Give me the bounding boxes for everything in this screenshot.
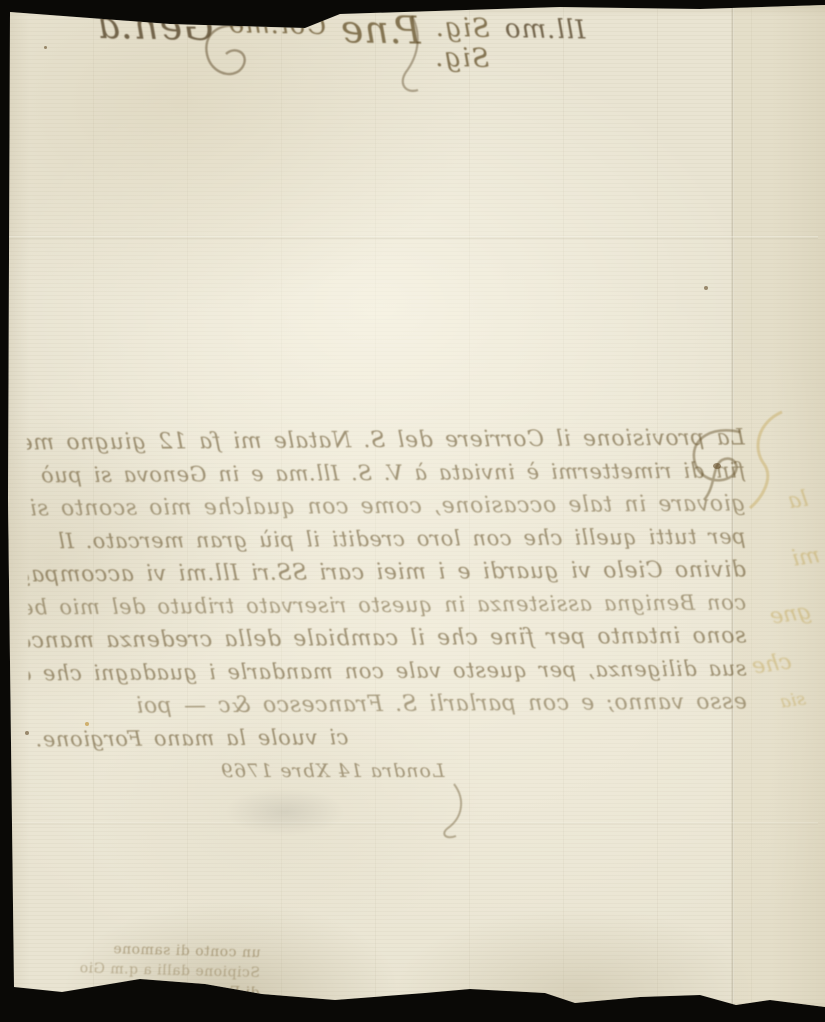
address-fragment: Gen.a xyxy=(96,3,214,49)
address-descender-flourish-icon xyxy=(392,12,428,98)
dateline-flourish-icon xyxy=(432,782,472,840)
body-line: sua diligenza, per questo vale con manda… xyxy=(28,652,746,690)
body-line: fin di rimettermi è inviata à V. S. Ill.… xyxy=(27,454,745,492)
body-line: giovare in tale occasione, come con qual… xyxy=(27,487,745,525)
margin-fragment: sia xyxy=(779,688,807,712)
body-line: sono intanto per fine che il cambiale de… xyxy=(28,619,746,657)
body-line: per tutti quelli che con loro crediti il… xyxy=(28,520,746,558)
margin-fragment: mi xyxy=(790,543,821,572)
body-line: La provisione il Corriere del S. Natale … xyxy=(27,421,745,459)
horizontal-crease xyxy=(8,236,818,239)
body-text-block: La provisione il Corriere del S. Natale … xyxy=(27,421,747,756)
margin-flourish-icon xyxy=(742,408,794,512)
closing-line: ci vuole la mano Forgione. xyxy=(29,718,747,756)
pencil-smudge xyxy=(225,788,345,836)
body-line: esso vanno; e con parlarli S. Francesco … xyxy=(29,685,747,723)
margin-fragment: la xyxy=(786,487,809,515)
body-line: divino Cielo vi guardi e i miei cari SS.… xyxy=(28,553,746,591)
address-fragment: Sig. Sig. xyxy=(434,13,490,74)
dateline: Londra 14 Xbre 1769 xyxy=(28,760,746,782)
corner-annotation: un conto di samone Scipione dalli a q.m … xyxy=(21,937,260,1003)
address-flourish-loop-icon xyxy=(198,20,254,84)
address-fragment: Ill.mo xyxy=(504,14,586,45)
ink-speck xyxy=(25,731,29,735)
horizontal-crease xyxy=(8,822,818,825)
ink-speck xyxy=(44,46,47,49)
ink-speck xyxy=(713,463,721,469)
ink-speck xyxy=(704,286,708,290)
paper-sheet: Ill.mo Sig. Sig. P.ne Col.mo Gen.a La pr… xyxy=(0,0,825,1022)
scan-canvas: { "document": { "kind": "Manuscript lett… xyxy=(0,0,825,1022)
ink-speck xyxy=(85,722,89,726)
body-line: con Benigna assistenza in questo riserva… xyxy=(28,586,746,624)
